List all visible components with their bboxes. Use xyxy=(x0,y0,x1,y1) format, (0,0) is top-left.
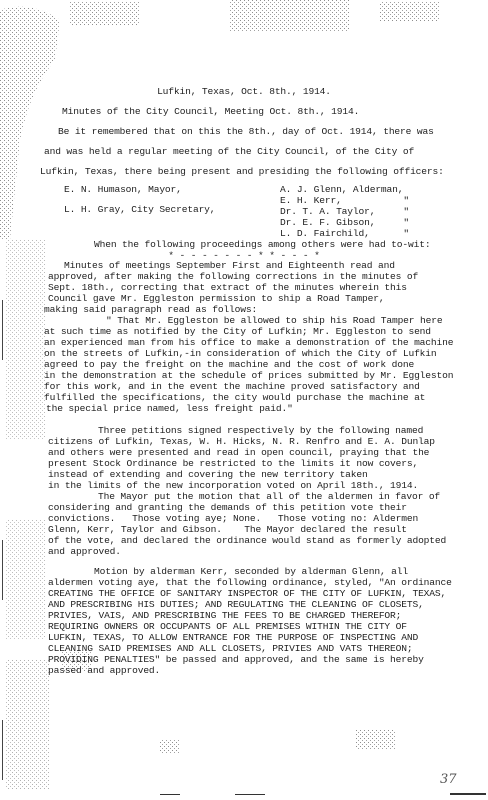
quote-line: the special price named, less freight pa… xyxy=(46,403,293,414)
minutes-title: Minutes of the City Council, Meeting Oct… xyxy=(62,106,359,117)
mayor-paragraph-line: considering and granting the demands of … xyxy=(48,502,407,513)
quote-line: on the streets of Lufkin,-in considerati… xyxy=(44,348,437,359)
minutes-paragraph-line: Sept. 18th., correcting that extract of … xyxy=(48,282,407,293)
motion-paragraph-line: PROVIDING PENALTIES" be passed and appro… xyxy=(48,654,424,665)
proceedings-line: When the following proceedings among oth… xyxy=(94,239,430,250)
petition-paragraph-line: present Stock Ordinance be restricted to… xyxy=(48,458,418,469)
bottom-edge-rule xyxy=(450,793,486,795)
petition-paragraph-line: Three petitions signed respectively by t… xyxy=(98,425,423,436)
left-edge-mark xyxy=(2,720,3,780)
mayor-paragraph-line: and approved. xyxy=(48,546,121,557)
bottom-edge-rule xyxy=(235,794,265,795)
quote-line: for this work, and in the event the mach… xyxy=(44,381,420,392)
motion-paragraph-line: REQUIRING OWNERS OR OCCUPANTS OF ALL PRE… xyxy=(48,621,407,632)
petition-paragraph-line: instead of extending and covering the ne… xyxy=(48,469,368,480)
quote-line: in the demonstration at the schedule of … xyxy=(44,370,453,381)
mayor-paragraph-line: The Mayor put the motion that all of the… xyxy=(98,491,440,502)
quote-line: fulfilled the specifications, the city w… xyxy=(44,392,425,403)
motion-paragraph-line: LUFKIN, TEXAS, TO ALLOW ENTRANCE FOR THE… xyxy=(48,632,418,643)
scan-noise-top xyxy=(60,0,460,40)
motion-paragraph-line: passed and approved. xyxy=(48,665,160,676)
motion-paragraph-line: PRIVIES, VAIS, AND PRESCRIBING THE FEES … xyxy=(48,610,401,621)
motion-paragraph-line: CREATING THE OFFICE OF SANITARY INSPECTO… xyxy=(48,588,446,599)
motion-paragraph-line: Motion by alderman Kerr, seconded by ald… xyxy=(94,566,408,577)
petition-paragraph-line: and others were presented and read in op… xyxy=(48,447,429,458)
petition-paragraph-line: in the limits of the new incorporation v… xyxy=(48,480,418,491)
left-edge-mark xyxy=(2,540,3,600)
motion-paragraph-line: aldermen voting aye, that the following … xyxy=(48,577,452,588)
officer-alderman: A. J. Glenn, Alderman, xyxy=(280,184,403,195)
officer-alderman: E. H. Kerr, " xyxy=(280,195,409,206)
quote-line: " That Mr. Eggleston be allowed to ship … xyxy=(106,315,442,326)
bottom-edge-rule xyxy=(160,794,180,795)
document-heading: Lufkin, Texas, Oct. 8th., 1914. xyxy=(0,86,488,97)
quote-line: at such time as notified by the City of … xyxy=(44,326,431,337)
mayor-paragraph-line: of the vote, and declared the ordinance … xyxy=(48,535,446,546)
officer-secretary: L. H. Gray, City Secretary, xyxy=(64,204,215,215)
scanned-document-page: Lufkin, Texas, Oct. 8th., 1914. Minutes … xyxy=(0,0,488,800)
motion-paragraph-line: AND PRESCRIBING HIS DUTIES; AND REGULATI… xyxy=(48,599,424,610)
minutes-paragraph-line: making said paragraph read as follows: xyxy=(44,304,257,315)
officer-alderman: L. D. Fairchild, " xyxy=(280,228,409,239)
motion-paragraph-line: CLEANING SAID PREMISES AND ALL CLOSETS, … xyxy=(48,643,412,654)
quote-line: an experienced man from his office to ma… xyxy=(44,337,453,348)
quote-line: agreed to pay the freight on the machine… xyxy=(44,359,414,370)
left-edge-mark xyxy=(2,300,3,360)
mayor-paragraph-line: Glenn, Kerr, Taylor and Gibson. The Mayo… xyxy=(48,524,407,535)
minutes-paragraph-line: approved, after making the following cor… xyxy=(48,271,418,282)
minutes-paragraph-line: Council gave Mr. Eggleston permission to… xyxy=(48,293,384,304)
page-number: 37 xyxy=(440,772,457,787)
intro-line: and was held a regular meeting of the Ci… xyxy=(44,146,414,157)
mayor-paragraph-line: convictions. Those voting aye; None. Tho… xyxy=(48,513,418,524)
intro-line: Lufkin, Texas, there being present and p… xyxy=(40,166,444,177)
officer-alderman: Dr. T. A. Taylor, " xyxy=(280,206,409,217)
minutes-paragraph-line: Minutes of meetings September First and … xyxy=(64,260,395,271)
petition-paragraph-line: citizens of Lufkin, Texas, W. H. Hicks, … xyxy=(48,436,435,447)
intro-line: Be it remembered that on this the 8th., … xyxy=(58,126,434,137)
officer-alderman: Dr. E. F. Gibson, " xyxy=(280,217,409,228)
officer-mayor: E. N. Humason, Mayor, xyxy=(64,184,182,195)
